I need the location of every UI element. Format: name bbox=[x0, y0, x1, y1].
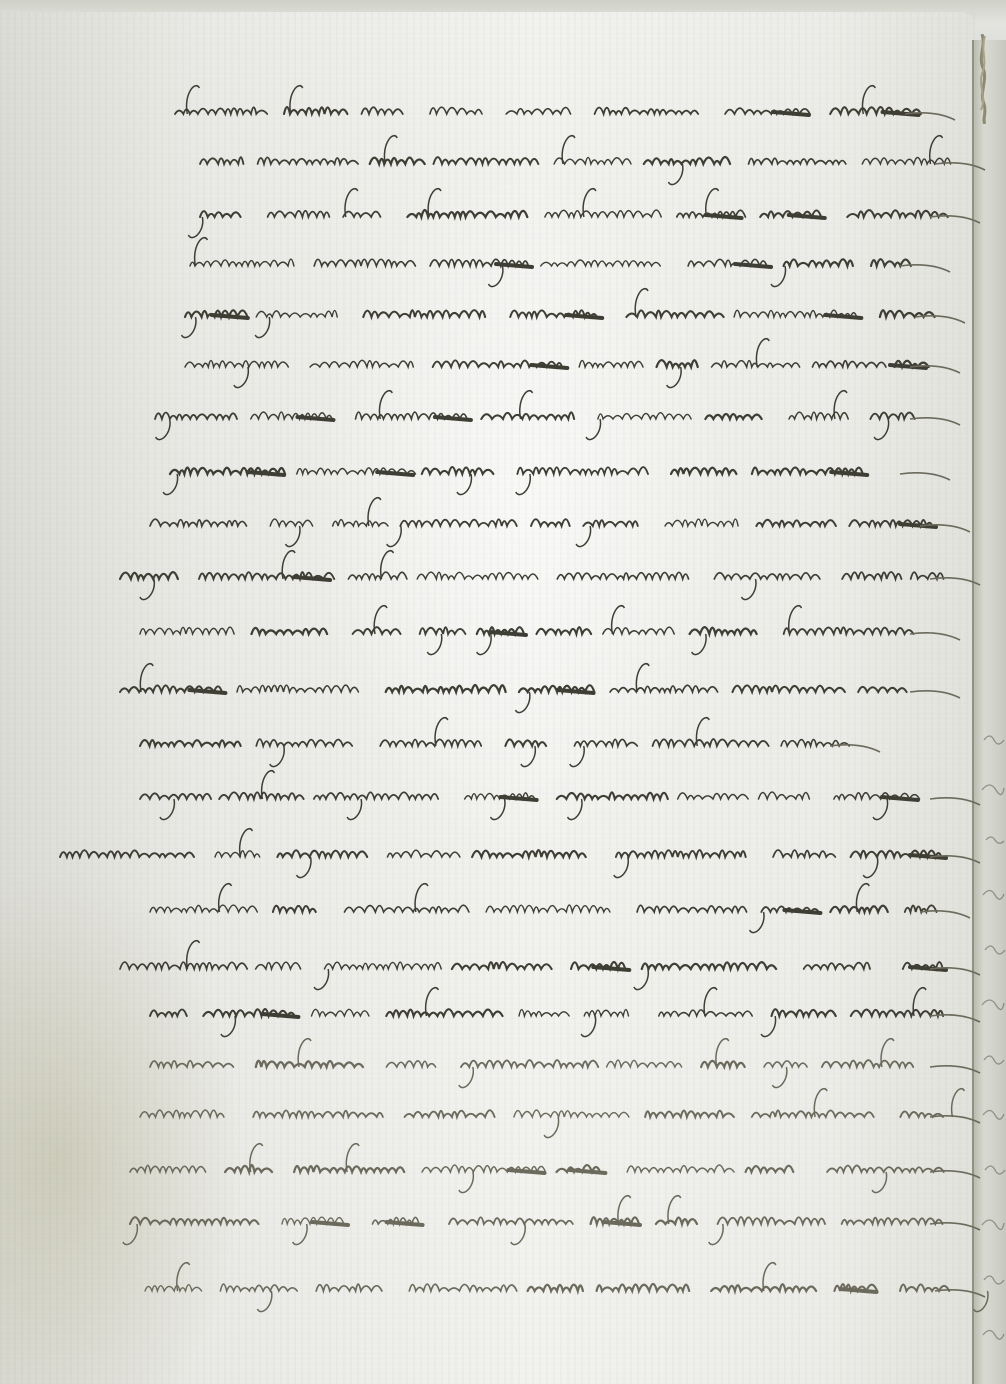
manuscript-line: Line 23 bbox=[145, 1257, 945, 1317]
manuscript-scan: Line 1Line 2Line 3Line 4Line 5Line 6Line… bbox=[0, 0, 1006, 1384]
manuscript-line: Line 15 bbox=[60, 823, 940, 883]
manuscript-line: Line 16 bbox=[150, 878, 930, 938]
manuscript-line: Line 2 bbox=[200, 130, 945, 190]
manuscript-line: Line 8 bbox=[170, 440, 910, 500]
manuscript-line: Line 11 bbox=[140, 600, 920, 660]
manuscript-line: Line 9 bbox=[150, 492, 930, 552]
facing-page-text bbox=[980, 720, 1006, 1380]
manuscript-line: Line 7 bbox=[155, 385, 920, 445]
manuscript-line: Line 14 bbox=[140, 765, 940, 825]
manuscript-line: Line 12 bbox=[120, 658, 920, 718]
manuscript-line: Line 6 bbox=[185, 333, 920, 393]
manuscript-line: Line 13 bbox=[140, 712, 840, 772]
manuscript-line: Line 20 bbox=[140, 1083, 940, 1143]
binding-thread bbox=[976, 34, 990, 124]
manuscript-line: Line 22 bbox=[130, 1190, 940, 1250]
manuscript-line: Line 10 bbox=[120, 545, 940, 605]
manuscript-line: Line 21 bbox=[130, 1138, 940, 1198]
